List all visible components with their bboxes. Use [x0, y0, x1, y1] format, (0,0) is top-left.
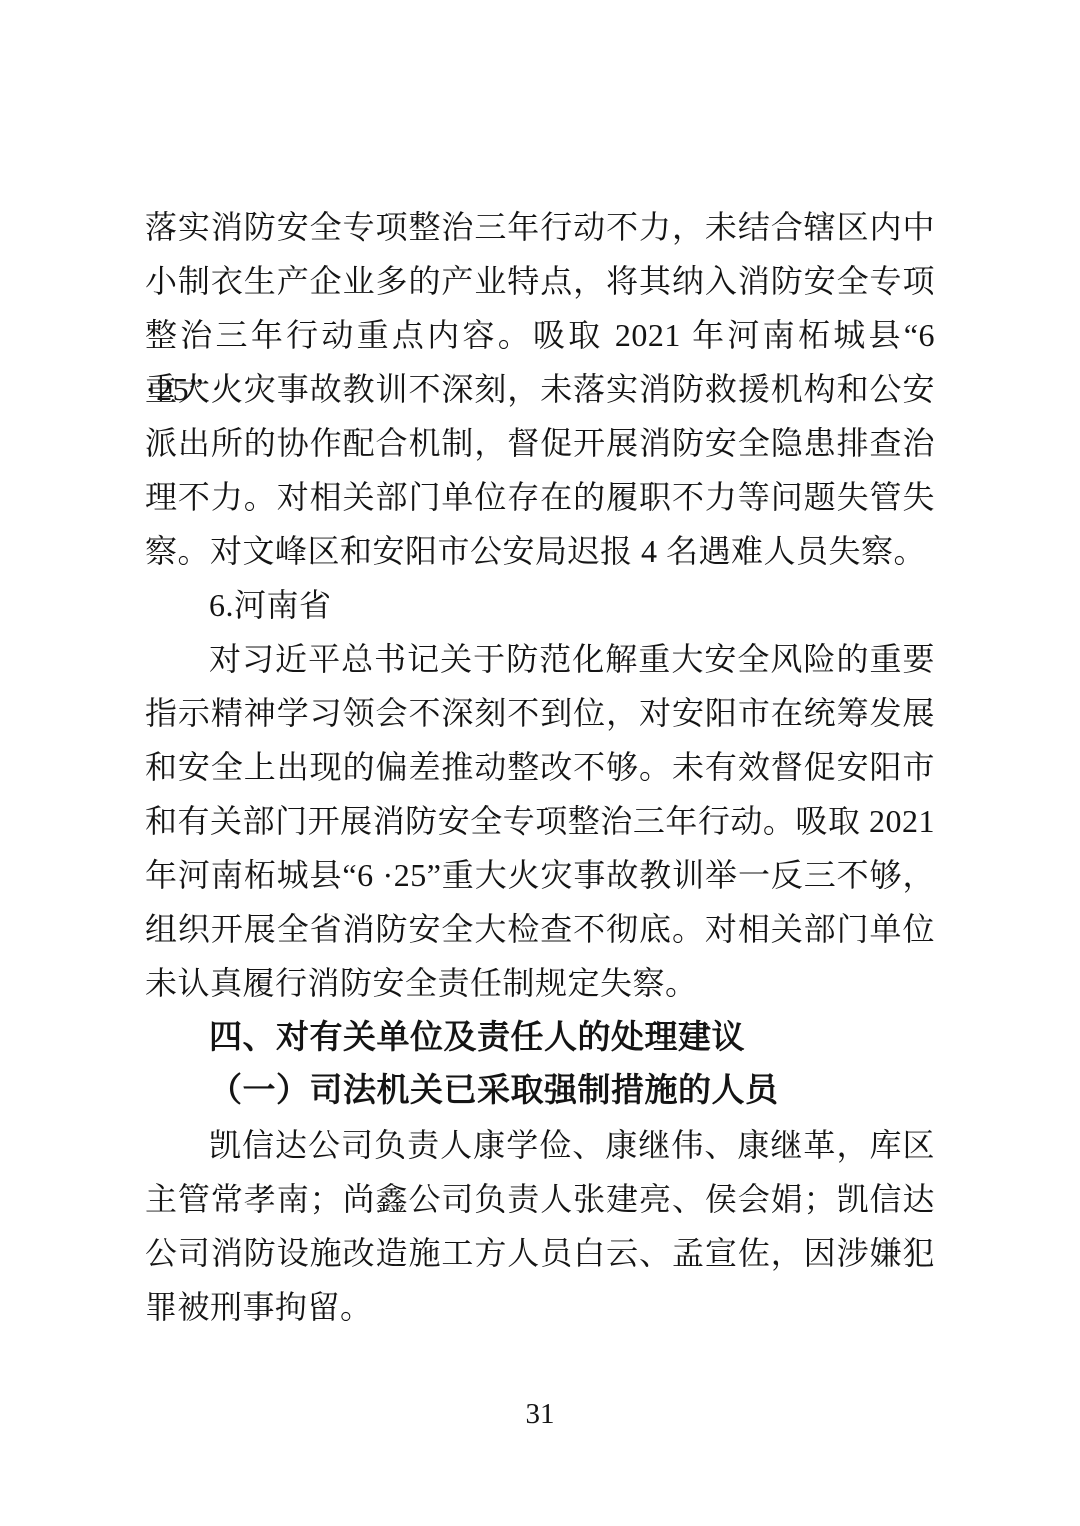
document-page: 落实消防安全专项整治三年行动不力，未结合辖区内中 小制衣生产企业多的产业特点，将… — [0, 0, 1080, 1526]
document-body: 落实消防安全专项整治三年行动不力，未结合辖区内中 小制衣生产企业多的产业特点，将… — [145, 200, 935, 1334]
page-number: 31 — [145, 1394, 935, 1434]
body-line: 组织开展全省消防安全大检查不彻底。对相关部门单位 — [145, 902, 935, 956]
body-line: 小制衣生产企业多的产业特点，将其纳入消防安全专项 — [145, 254, 935, 308]
body-line: 落实消防安全专项整治三年行动不力，未结合辖区内中 — [145, 200, 935, 254]
body-line: 和安全上出现的偏差推动整改不够。未有效督促安阳市 — [145, 740, 935, 794]
body-line: 凯信达公司负责人康学俭、康继伟、康继革，库区 — [145, 1118, 935, 1172]
body-line: 未认真履行消防安全责任制规定失察。 — [145, 956, 935, 1010]
body-line: 和有关部门开展消防安全专项整治三年行动。吸取 2021 — [145, 794, 935, 848]
body-line: 派出所的协作配合机制，督促开展消防安全隐患排查治 — [145, 416, 935, 470]
body-line: 整治三年行动重点内容。吸取 2021 年河南柘城县“6 ·25” — [145, 308, 935, 362]
body-line: 指示精神学习领会不深刻不到位，对安阳市在统筹发展 — [145, 686, 935, 740]
list-item-heading: 6.河南省 — [145, 578, 935, 632]
subsection-heading: （一）司法机关已采取强制措施的人员 — [145, 1064, 935, 1118]
body-line: 主管常孝南；尚鑫公司负责人张建亮、侯会娟；凯信达 — [145, 1172, 935, 1226]
body-line: 理不力。对相关部门单位存在的履职不力等问题失管失 — [145, 470, 935, 524]
body-line: 对习近平总书记关于防范化解重大安全风险的重要 — [145, 632, 935, 686]
body-line: 公司消防设施改造施工方人员白云、孟宣佐，因涉嫌犯 — [145, 1226, 935, 1280]
body-line: 罪被刑事拘留。 — [145, 1280, 935, 1334]
body-line: 年河南柘城县“6 ·25”重大火灾事故教训举一反三不够， — [145, 848, 935, 902]
body-line: 重大火灾事故教训不深刻，未落实消防救援机构和公安 — [145, 362, 935, 416]
section-heading: 四、对有关单位及责任人的处理建议 — [145, 1010, 935, 1064]
body-line: 察。对文峰区和安阳市公安局迟报 4 名遇难人员失察。 — [145, 524, 935, 578]
